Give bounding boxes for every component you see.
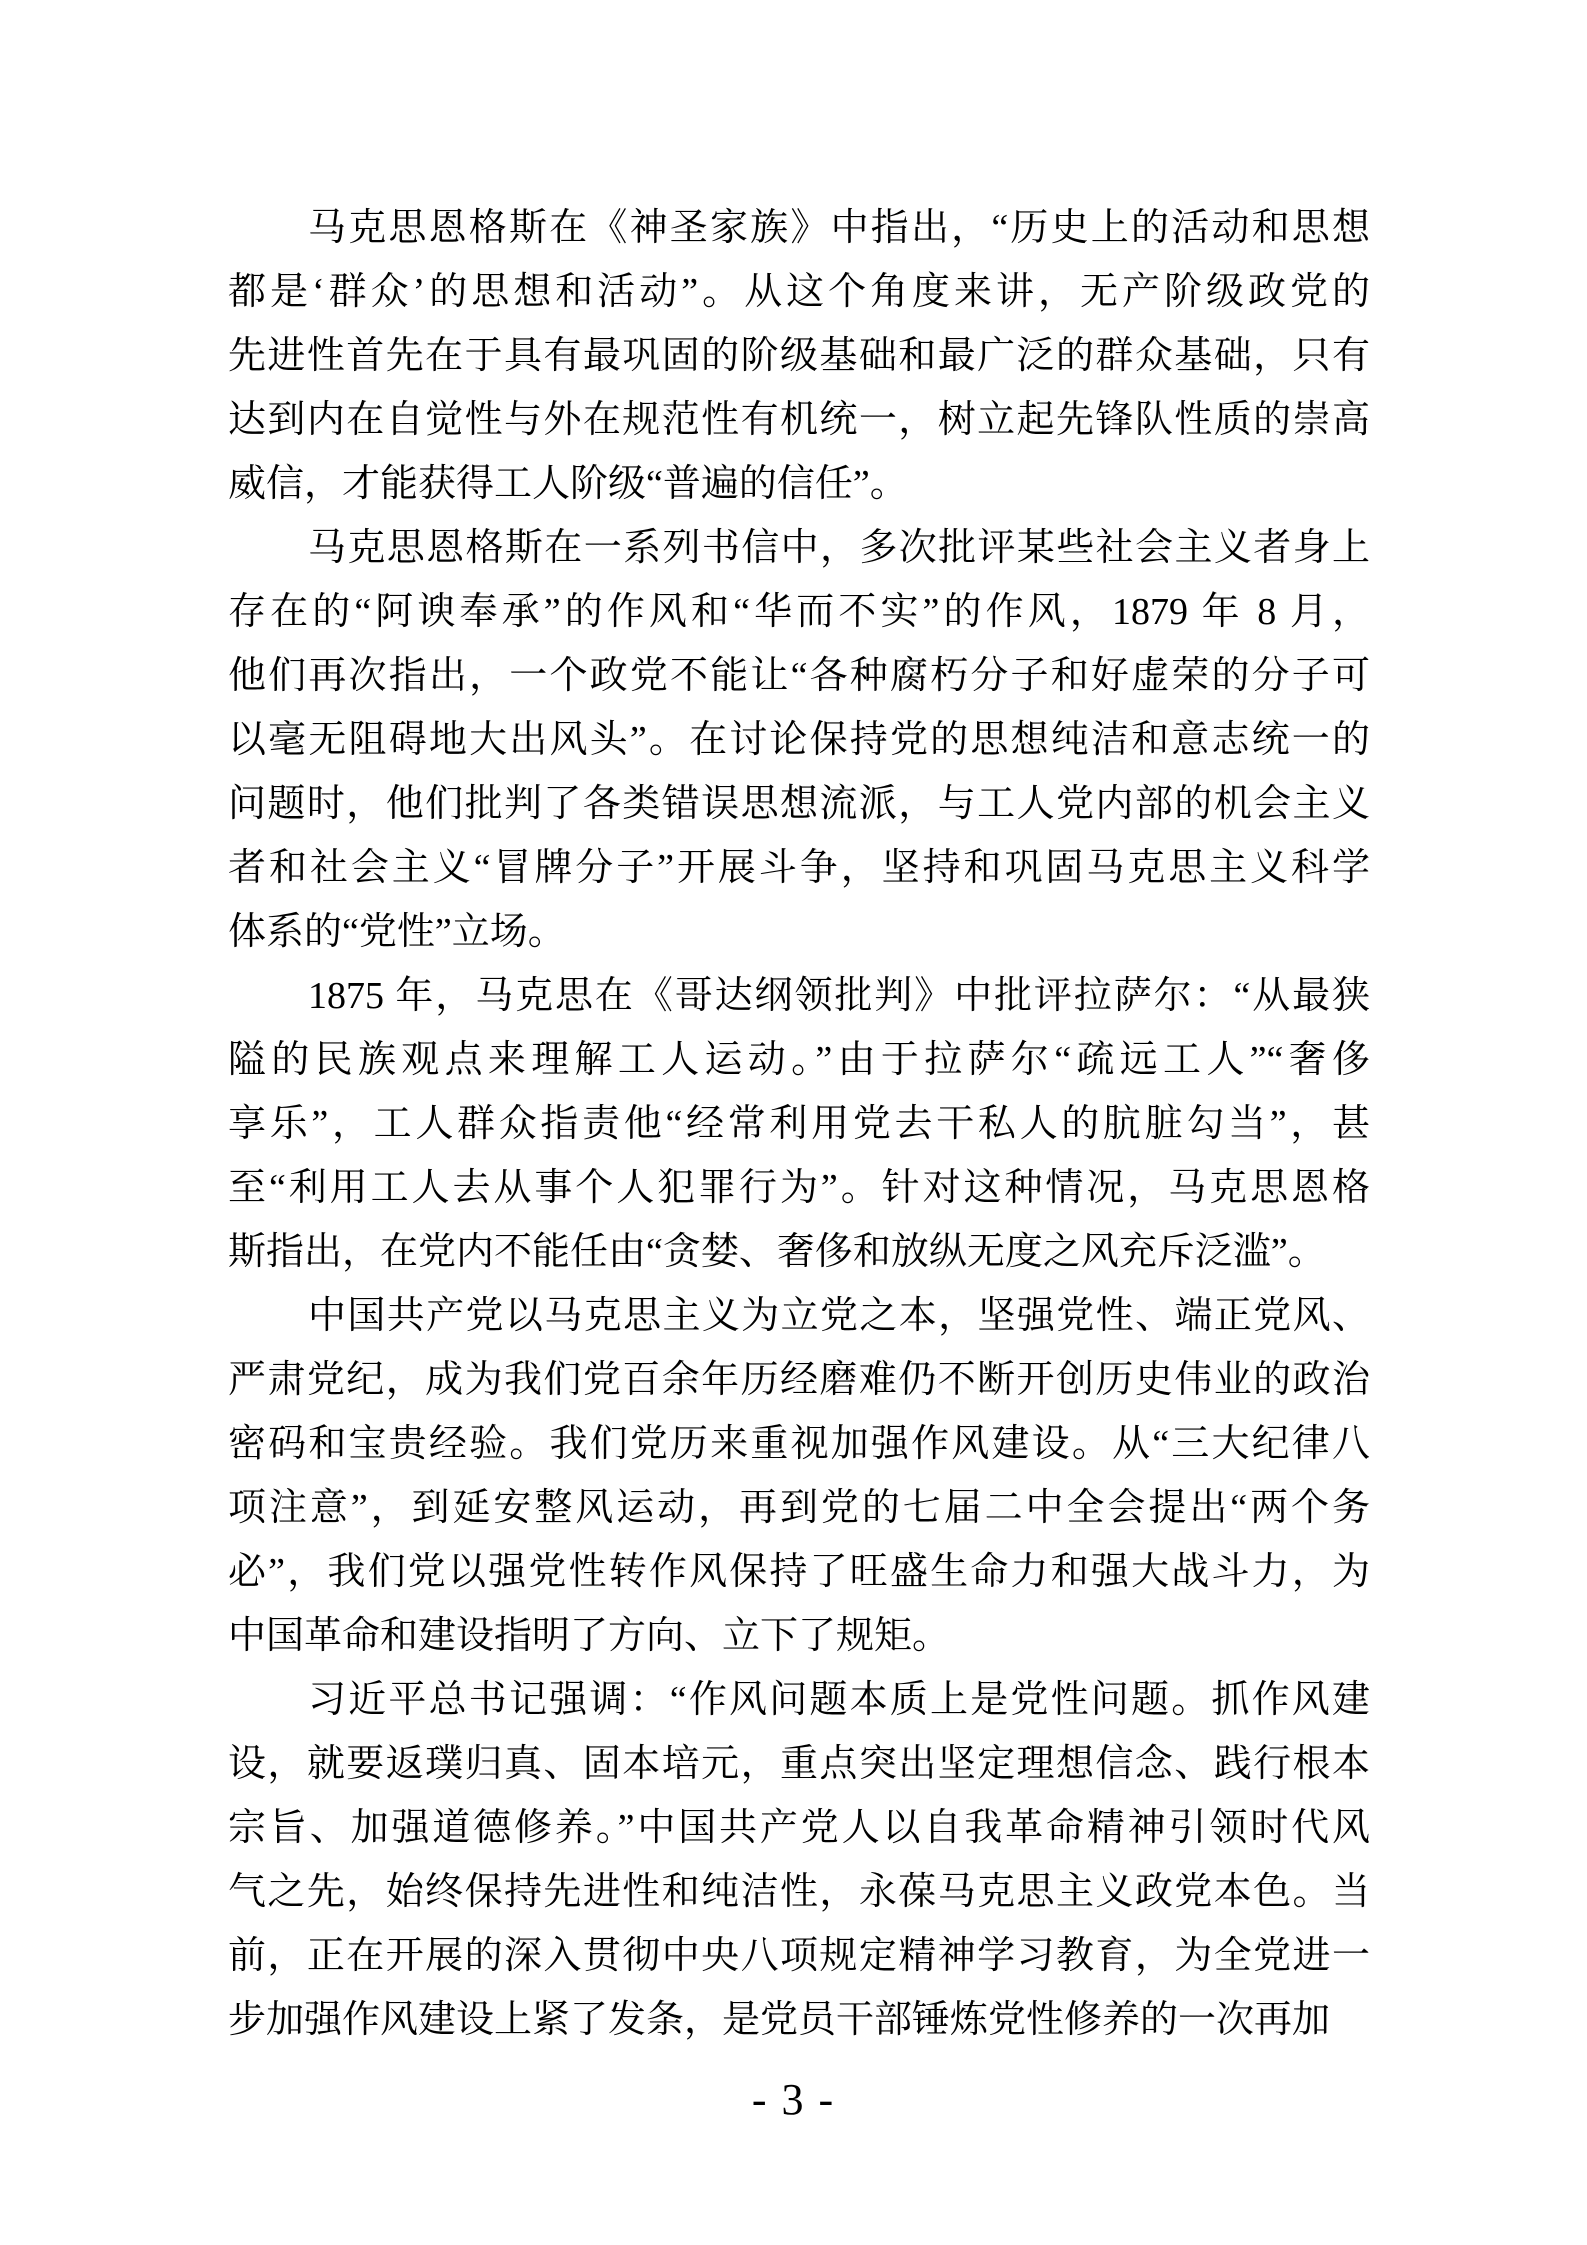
- text-line: 达到内在自觉性与外在规范性有机统一，树立起先锋队性质的崇高: [228, 388, 1370, 452]
- text-line: 密码和宝贵经验。我们党历来重视加强作风建设。从“三大纪律八: [228, 1412, 1370, 1476]
- text-line: 前，正在开展的深入贯彻中央八项规定精神学习教育，为全党进一: [228, 1924, 1370, 1988]
- text-line: 斯指出，在党内不能任由“贪婪、奢侈和放纵无度之风充斥泛滥”。: [228, 1220, 1370, 1284]
- text-line: 以毫无阻碍地大出风头”。在讨论保持党的思想纯洁和意志统一的: [228, 708, 1370, 772]
- text-line: 中国革命和建设指明了方向、立下了规矩。: [228, 1604, 1370, 1668]
- text-line: 威信，才能获得工人阶级“普遍的信任”。: [228, 452, 1370, 516]
- text-line: 设，就要返璞归真、固本培元，重点突出坚定理想信念、践行根本: [228, 1732, 1370, 1796]
- text-line: 步加强作风建设上紧了发条，是党员干部锤炼党性修养的一次再加: [228, 1988, 1370, 2052]
- text-line: 马克思恩格斯在一系列书信中，多次批评某些社会主义者身上: [228, 516, 1370, 580]
- text-line: 必”，我们党以强党性转作风保持了旺盛生命力和强大战斗力，为: [228, 1540, 1370, 1604]
- page-number: - 3 -: [0, 2072, 1587, 2128]
- text-line: 存在的“阿谀奉承”的作风和“华而不实”的作风，1879 年 8 月，: [228, 580, 1370, 644]
- text-line: 他们再次指出，一个政党不能让“各种腐朽分子和好虚荣的分子可: [228, 644, 1370, 708]
- text-line: 中国共产党以马克思主义为立党之本，坚强党性、端正党风、: [228, 1284, 1370, 1348]
- text-line: 都是‘群众’的思想和活动”。从这个角度来讲，无产阶级政党的: [228, 260, 1370, 324]
- text-line: 隘的民族观点来理解工人运动。”由于拉萨尔“疏远工人”“奢侈: [228, 1028, 1370, 1092]
- text-line: 气之先，始终保持先进性和纯洁性，永葆马克思主义政党本色。当: [228, 1860, 1370, 1924]
- text-line: 问题时，他们批判了各类错误思想流派，与工人党内部的机会主义: [228, 772, 1370, 836]
- document-body: 马克思恩格斯在《神圣家族》中指出，“历史上的活动和思想都是‘群众’的思想和活动”…: [228, 196, 1370, 2052]
- text-line: 至“利用工人去从事个人犯罪行为”。针对这种情况，马克思恩格: [228, 1156, 1370, 1220]
- text-line: 享乐”，工人群众指责他“经常利用党去干私人的肮脏勾当”，甚: [228, 1092, 1370, 1156]
- text-line: 先进性首先在于具有最巩固的阶级基础和最广泛的群众基础，只有: [228, 324, 1370, 388]
- text-line: 1875 年，马克思在《哥达纲领批判》中批评拉萨尔：“从最狭: [228, 964, 1370, 1028]
- text-line: 体系的“党性”立场。: [228, 900, 1370, 964]
- text-line: 习近平总书记强调：“作风问题本质上是党性问题。抓作风建: [228, 1668, 1370, 1732]
- text-line: 马克思恩格斯在《神圣家族》中指出，“历史上的活动和思想: [228, 196, 1370, 260]
- text-line: 宗旨、加强道德修养。”中国共产党人以自我革命精神引领时代风: [228, 1796, 1370, 1860]
- text-line: 严肃党纪，成为我们党百余年历经磨难仍不断开创历史伟业的政治: [228, 1348, 1370, 1412]
- document-page: 马克思恩格斯在《神圣家族》中指出，“历史上的活动和思想都是‘群众’的思想和活动”…: [0, 0, 1587, 2245]
- text-line: 者和社会主义“冒牌分子”开展斗争，坚持和巩固马克思主义科学: [228, 836, 1370, 900]
- text-line: 项注意”，到延安整风运动，再到党的七届二中全会提出“两个务: [228, 1476, 1370, 1540]
